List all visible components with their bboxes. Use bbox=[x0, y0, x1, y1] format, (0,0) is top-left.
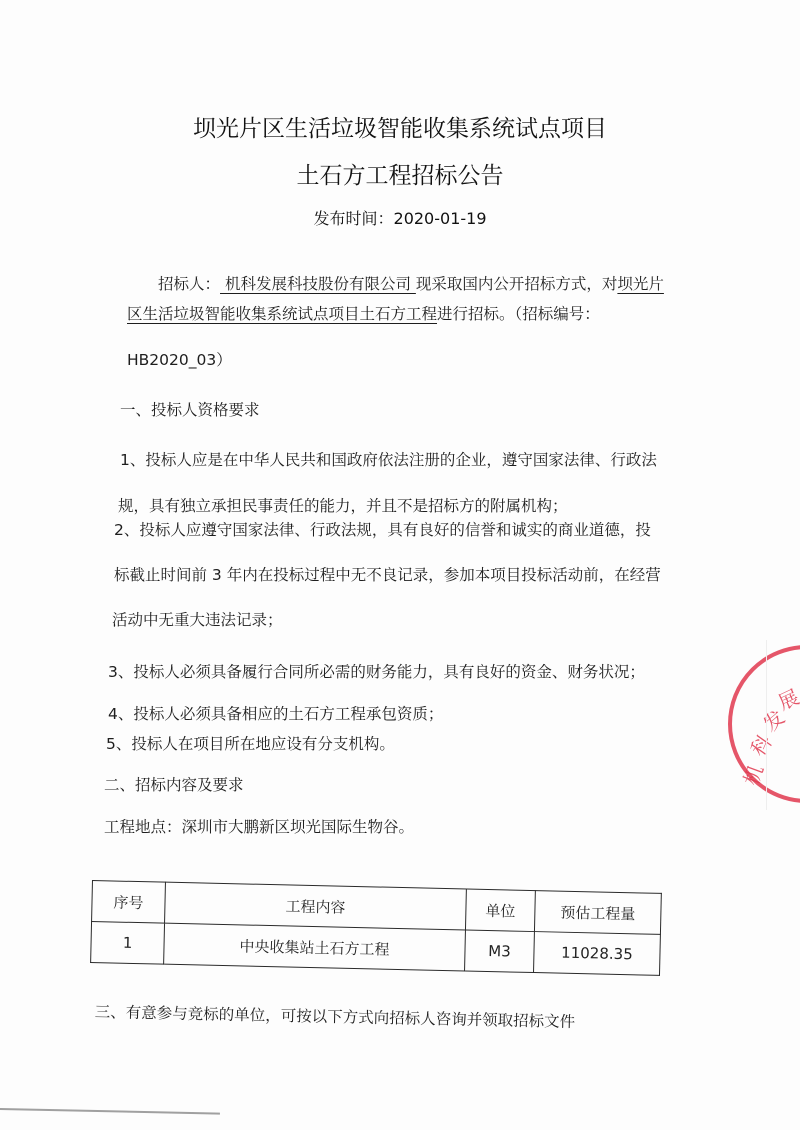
section1-heading: 一、投标人资格要求 bbox=[120, 398, 260, 420]
req-item2-line1: 2、投标人应遵守国家法律、行政法规，具有良好的信誉和诚实的商业道德，投 bbox=[114, 518, 651, 540]
section3-heading: 三、有意参与竞标的单位，可按以下方式向招标人咨询并领取招标文件 bbox=[95, 1000, 576, 1032]
publish-label: 发布时间： bbox=[314, 209, 394, 228]
req-item2-line3: 活动中无重大违法记录； bbox=[112, 608, 283, 630]
cell-unit: M3 bbox=[465, 930, 535, 973]
document-page: 坝光片区生活垃圾智能收集系统试点项目 土石方工程招标公告 发布时间：2020-0… bbox=[0, 0, 800, 1130]
project-location: 工程地点：深圳市大鹏新区坝光国际生物谷。 bbox=[104, 815, 414, 837]
req-item2-line2: 标截止时间前 3 年内在投标过程中无不良记录，参加本项目投标活动前，在经营 bbox=[114, 563, 661, 585]
publish-date: 发布时间：2020-01-19 bbox=[0, 206, 800, 229]
cell-content: 中央收集站土石方工程 bbox=[164, 923, 466, 971]
location-value: 深圳市大鹏新区坝光国际生物谷。 bbox=[182, 818, 415, 836]
cell-seq: 1 bbox=[91, 922, 165, 965]
intro-text2: 进行招标。（招标编号： bbox=[437, 305, 600, 323]
header-content: 工程内容 bbox=[165, 882, 467, 930]
tenderer-label: 招标人： bbox=[158, 275, 220, 293]
req-item1-line2: 规，具有独立承担民事责任的能力，并且不是招标方的附属机构； bbox=[118, 494, 568, 516]
header-quantity: 预估工程量 bbox=[534, 891, 661, 935]
document-title-line1: 坝光片区生活垃圾智能收集系统试点项目 bbox=[0, 110, 800, 143]
section2-heading: 二、招标内容及要求 bbox=[104, 773, 244, 795]
scan-edge bbox=[766, 640, 767, 810]
header-unit: 单位 bbox=[465, 889, 535, 932]
scan-artifact-line bbox=[0, 1108, 220, 1114]
project-name-part2: 区生活垃圾智能收集系统试点项目土石方工程 bbox=[127, 305, 437, 323]
cell-quantity: 11028.35 bbox=[534, 932, 661, 976]
req-item4: 4、投标人必须具备相应的土石方工程承包资质； bbox=[108, 702, 443, 724]
tenderer-name: 机科发展科技股份有限公司 bbox=[220, 275, 416, 293]
header-seq: 序号 bbox=[92, 881, 166, 924]
req-item1-line1: 1、投标人应是在中华人民共和国政府依法注册的企业，遵守国家法律、行政法 bbox=[120, 448, 657, 470]
intro-line2: 区生活垃圾智能收集系统试点项目土石方工程进行招标。（招标编号： bbox=[127, 302, 600, 324]
intro-text1: 现采取国内公开招标方式，对 bbox=[416, 275, 618, 293]
req-item5: 5、投标人在项目所在地应设有分支机构。 bbox=[106, 732, 395, 754]
intro-line1: 招标人： 机科发展科技股份有限公司 现采取国内公开招标方式，对坝光片 bbox=[158, 272, 664, 294]
req-item3: 3、投标人必须具备履行合同所必需的财务能力，具有良好的资金、财务状况； bbox=[108, 660, 645, 682]
tender-number: HB2020_03） bbox=[127, 348, 232, 370]
publish-date-value: 2020-01-19 bbox=[394, 209, 487, 228]
document-title-line2: 土石方工程招标公告 bbox=[0, 157, 800, 190]
bid-items-table: 序号 工程内容 单位 预估工程量 1 中央收集站土石方工程 M3 11028.3… bbox=[90, 880, 662, 976]
location-label: 工程地点： bbox=[104, 818, 182, 836]
project-name-part1: 坝光片 bbox=[617, 275, 664, 293]
